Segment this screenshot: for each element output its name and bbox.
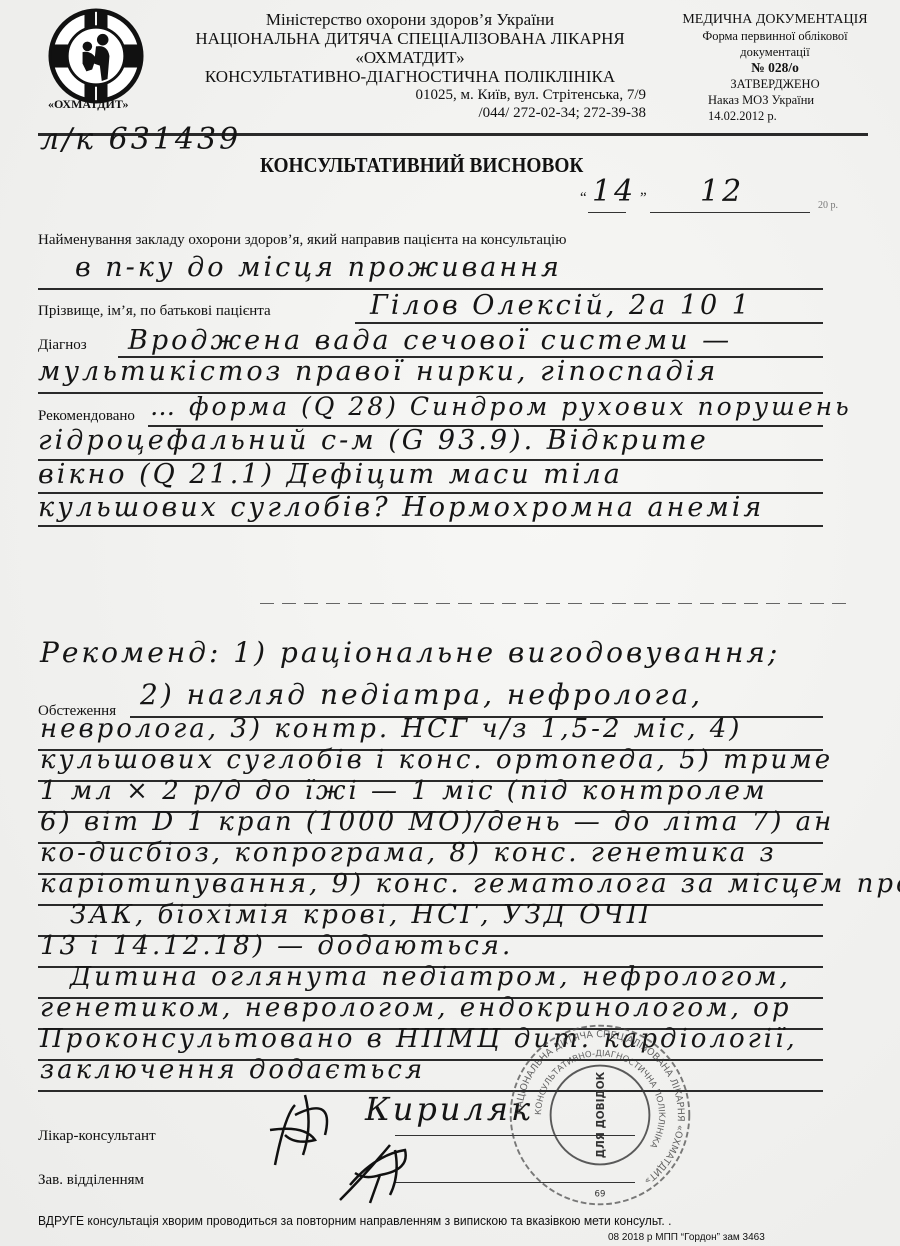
faded-line bbox=[260, 603, 850, 604]
exam-line-7[interactable]: ко-дисбіоз, копрограма, 8) конс. генетик… bbox=[40, 838, 777, 868]
phones: /044/ 272-02-34; 272-39-38 bbox=[170, 104, 650, 122]
ministry-name: Міністерство охорони здоров’я України bbox=[170, 10, 650, 29]
exam-line-5[interactable]: 1 мл × 2 р/д до їжі — 1 міс (під контрол… bbox=[40, 776, 768, 806]
date-day-line bbox=[588, 212, 626, 213]
field-line bbox=[38, 525, 823, 527]
field-line bbox=[355, 322, 823, 324]
recommended-line-2[interactable]: гідроцефальний с-м (G 93.9). Відкрите bbox=[38, 425, 709, 456]
patient-value[interactable]: Гілов Олексій, 2а 10 1 bbox=[370, 290, 752, 321]
print-info: 08 2018 р МПП “Гордон” зам 3463 bbox=[608, 1232, 765, 1243]
patient-label: Прізвище, ім’я, по батькові пацієнта bbox=[38, 303, 271, 320]
order-date: 14.02.2012 р. bbox=[660, 108, 890, 124]
date-year: 20 р. bbox=[818, 200, 838, 211]
record-number: л/к 631439 bbox=[40, 122, 241, 157]
exam-line-1[interactable]: Рекоменд: 1) раціональне вигодовування; bbox=[40, 636, 780, 669]
diagnosis-label: Діагноз bbox=[38, 337, 87, 354]
recommended-line-4[interactable]: кульшових суглобів? Нормохромна анемія bbox=[38, 492, 764, 523]
exam-line-3[interactable]: невролога, 3) контр. НСГ ч/з 1,5-2 міс, … bbox=[40, 714, 742, 744]
approved-label: ЗАТВЕРДЖЕНО bbox=[660, 76, 890, 92]
document-page: «ОХМАТДИТ» Міністерство охорони здоров’я… bbox=[0, 0, 900, 1246]
department-name: КОНСУЛЬТАТИВНО-ДІАГНОСТИЧНА ПОЛІКЛІНІКА bbox=[170, 67, 650, 86]
exam-line-10[interactable]: 13 і 14.12.18) — додаються. bbox=[40, 931, 513, 961]
exam-line-6[interactable]: 6) віт D 1 крап (1000 МО)/день — до літа… bbox=[40, 807, 834, 837]
recommended-line-3[interactable]: вікно (Q 21.1) Дефіцит маси тіла bbox=[38, 459, 623, 490]
form-info: МЕДИЧНА ДОКУМЕНТАЦІЯ Форма первинної обл… bbox=[660, 12, 890, 124]
exam-line-4[interactable]: кульшових суглобів і конс. ортопеда, 5) … bbox=[40, 745, 833, 775]
date-day: 14 bbox=[592, 174, 636, 209]
hospital-stamp-icon: НАЦІОНАЛЬНА ДИТЯЧА СПЕЦІАЛІЗОВАНА ЛІКАРН… bbox=[505, 1020, 695, 1210]
hospital-short-name: «ОХМАТДИТ» bbox=[170, 48, 650, 67]
exam-line-12[interactable]: генетиком, неврологом, ендокринологом, о… bbox=[40, 993, 791, 1023]
recommended-line-1[interactable]: … форма (Q 28) Синдром рухових порушень bbox=[150, 392, 852, 421]
diagnosis-line-1[interactable]: Вроджена вада сечової системи — bbox=[128, 325, 732, 356]
doc-type: МЕДИЧНА ДОКУМЕНТАЦІЯ bbox=[660, 12, 890, 28]
address: 01025, м. Київ, вул. Стрітенська, 7/9 bbox=[170, 86, 650, 104]
date-close-quote: ” bbox=[640, 190, 647, 207]
exam-line-2[interactable]: 2) нагляд педіатра, нефролога, bbox=[140, 678, 703, 711]
date-month-line bbox=[650, 212, 810, 213]
form-line-2: документації bbox=[660, 44, 890, 60]
exam-line-8[interactable]: каріотипування, 9) конс. гематолога за м… bbox=[40, 869, 900, 899]
head-signature-icon bbox=[335, 1135, 425, 1205]
date-open-quote: “ bbox=[580, 190, 587, 207]
recommended-label: Рекомендовано bbox=[38, 408, 135, 425]
head-label: Зав. відділенням bbox=[38, 1172, 144, 1189]
footer-note: ВДРУГЕ консультація хворим проводиться з… bbox=[38, 1213, 671, 1228]
exam-line-11[interactable]: Дитина оглянута педіатром, нефрологом, bbox=[70, 962, 791, 992]
institution-header: Міністерство охорони здоров’я України НА… bbox=[170, 10, 650, 122]
svg-text:ДЛЯ ДОВІДОК: ДЛЯ ДОВІДОК bbox=[595, 1071, 607, 1158]
okhmatdyt-logo-icon bbox=[48, 8, 144, 104]
form-line-1: Форма первинної облікової bbox=[660, 28, 890, 44]
referring-label: Найменування закладу охорони здоров’я, я… bbox=[38, 232, 566, 249]
referring-value[interactable]: в п-ку до місця проживання bbox=[75, 252, 562, 283]
svg-text:69: 69 bbox=[595, 1190, 606, 1200]
form-number: № 028/о bbox=[660, 60, 890, 76]
order-label: Наказ МОЗ України bbox=[660, 92, 890, 108]
diagnosis-line-2[interactable]: мультикістоз правої нирки, гіпоспадія bbox=[38, 356, 718, 387]
doctor-label: Лікар-консультант bbox=[38, 1128, 156, 1145]
exam-line-14[interactable]: заключення додається bbox=[40, 1055, 425, 1085]
date-month: 12 bbox=[700, 174, 744, 209]
hospital-name: НАЦІОНАЛЬНА ДИТЯЧА СПЕЦІАЛІЗОВАНА ЛІКАРН… bbox=[170, 29, 650, 48]
document-title: КОНСУЛЬТАТИВНИЙ ВИСНОВОК bbox=[260, 153, 583, 178]
logo-caption: «ОХМАТДИТ» bbox=[48, 97, 129, 112]
exam-line-9[interactable]: ЗАК, біохімія крові, НСГ, УЗД ОЧП bbox=[70, 900, 652, 930]
